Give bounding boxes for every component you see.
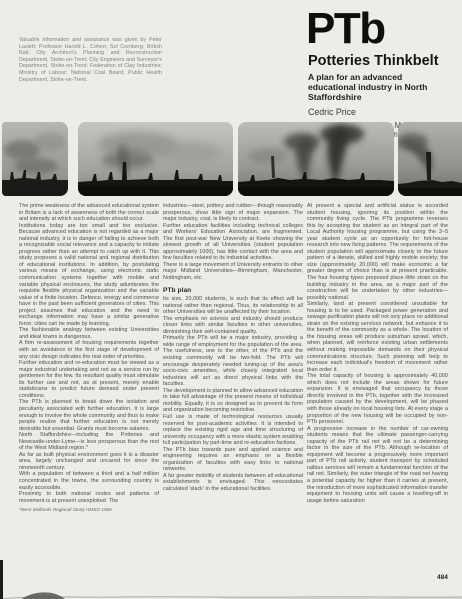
scan-edge-mark	[0, 560, 3, 599]
article-column-1: The prime weakness of the advanced educa…	[19, 203, 159, 513]
paragraph: There is a large movement of University …	[163, 262, 303, 282]
paragraph: The PTb bias towards pure and applied sc…	[163, 447, 303, 473]
paragraph: A firm re-assessment of housing requirem…	[19, 340, 159, 360]
paragraph: The PTb is planned to break down the iso…	[19, 399, 159, 432]
photo-art	[398, 122, 462, 196]
paragraph: The emphasis on science and industry sho…	[163, 316, 303, 336]
paragraph: As far as built physical environment goe…	[19, 452, 159, 472]
industrial-photo-3	[238, 122, 394, 196]
magazine-page: Valuable information and assistance was …	[0, 0, 462, 599]
column-1-paragraphs: The prime weakness of the advanced educa…	[19, 203, 159, 504]
paragraph: Similarly, land at present considered un…	[307, 301, 448, 373]
paragraph: Its size, 20,000 students, is such that …	[163, 296, 303, 316]
paragraph: The development is planned to allow adva…	[163, 388, 303, 414]
column-3-paragraphs: At present a special and artificial stat…	[307, 203, 448, 504]
paragraph: Institutions today are too small and too…	[19, 223, 159, 328]
paragraph: Primarily the PTb will be a major indust…	[163, 335, 303, 387]
paragraph: With a population of between a third and…	[19, 471, 159, 491]
industrial-photo-1	[2, 122, 68, 196]
acknowledgements-text: Valuable information and assistance was …	[19, 37, 162, 83]
paragraph: At present a special and artificial stat…	[307, 203, 448, 301]
paragraph: The fashionable analogy between existing…	[19, 327, 159, 340]
masthead: PTb Potteries Thinkbelt A plan for an ad…	[306, 6, 456, 140]
paragraph: A progressive increase in the number of …	[307, 426, 448, 505]
paragraph: Further education facilities including t…	[163, 223, 303, 262]
photo-art	[2, 122, 68, 196]
column-2-paragraphs: Its size, 20,000 students, is such that …	[163, 296, 303, 492]
author-name: Cedric Price	[308, 107, 456, 117]
cutoff-artwork	[0, 588, 462, 599]
column-2-intro-paragraphs: industries—steel, pottery and rubber—tho…	[163, 203, 303, 282]
paragraph: Full use is made of technological resour…	[163, 414, 303, 447]
article-column-2: industries—steel, pottery and rubber—tho…	[163, 203, 303, 493]
paragraph: The total capacity of housing is approxi…	[307, 373, 448, 425]
paragraph: industries—steel, pottery and rubber—tho…	[163, 203, 303, 223]
article-tagline: A plan for an advanced educational indus…	[308, 72, 448, 102]
photo-art	[238, 122, 394, 196]
photo-art	[78, 122, 233, 196]
article-column-3: At present a special and artificial stat…	[307, 203, 448, 504]
article-subtitle: Potteries Thinkbelt	[308, 53, 456, 69]
cutoff-artwork-strip	[0, 587, 462, 599]
paragraph: Further education and re-education must …	[19, 360, 159, 399]
section-heading-ptb-plan: PTb plan	[163, 288, 303, 295]
paragraph: Proximity to both national routes and pa…	[19, 491, 159, 504]
page-number: 484	[437, 574, 448, 581]
paragraph: A far greater mobility of students betwe…	[163, 473, 303, 493]
industrial-photo-4	[398, 122, 462, 196]
industrial-photo-2	[78, 122, 233, 196]
paragraph: The prime weakness of the advanced educa…	[19, 203, 159, 223]
page-title: PTb	[306, 6, 456, 52]
paragraph: North Staffordshire—including the Potter…	[19, 432, 159, 452]
footnote: *West Midlands Regional Study HMSO 1965.	[19, 507, 159, 514]
